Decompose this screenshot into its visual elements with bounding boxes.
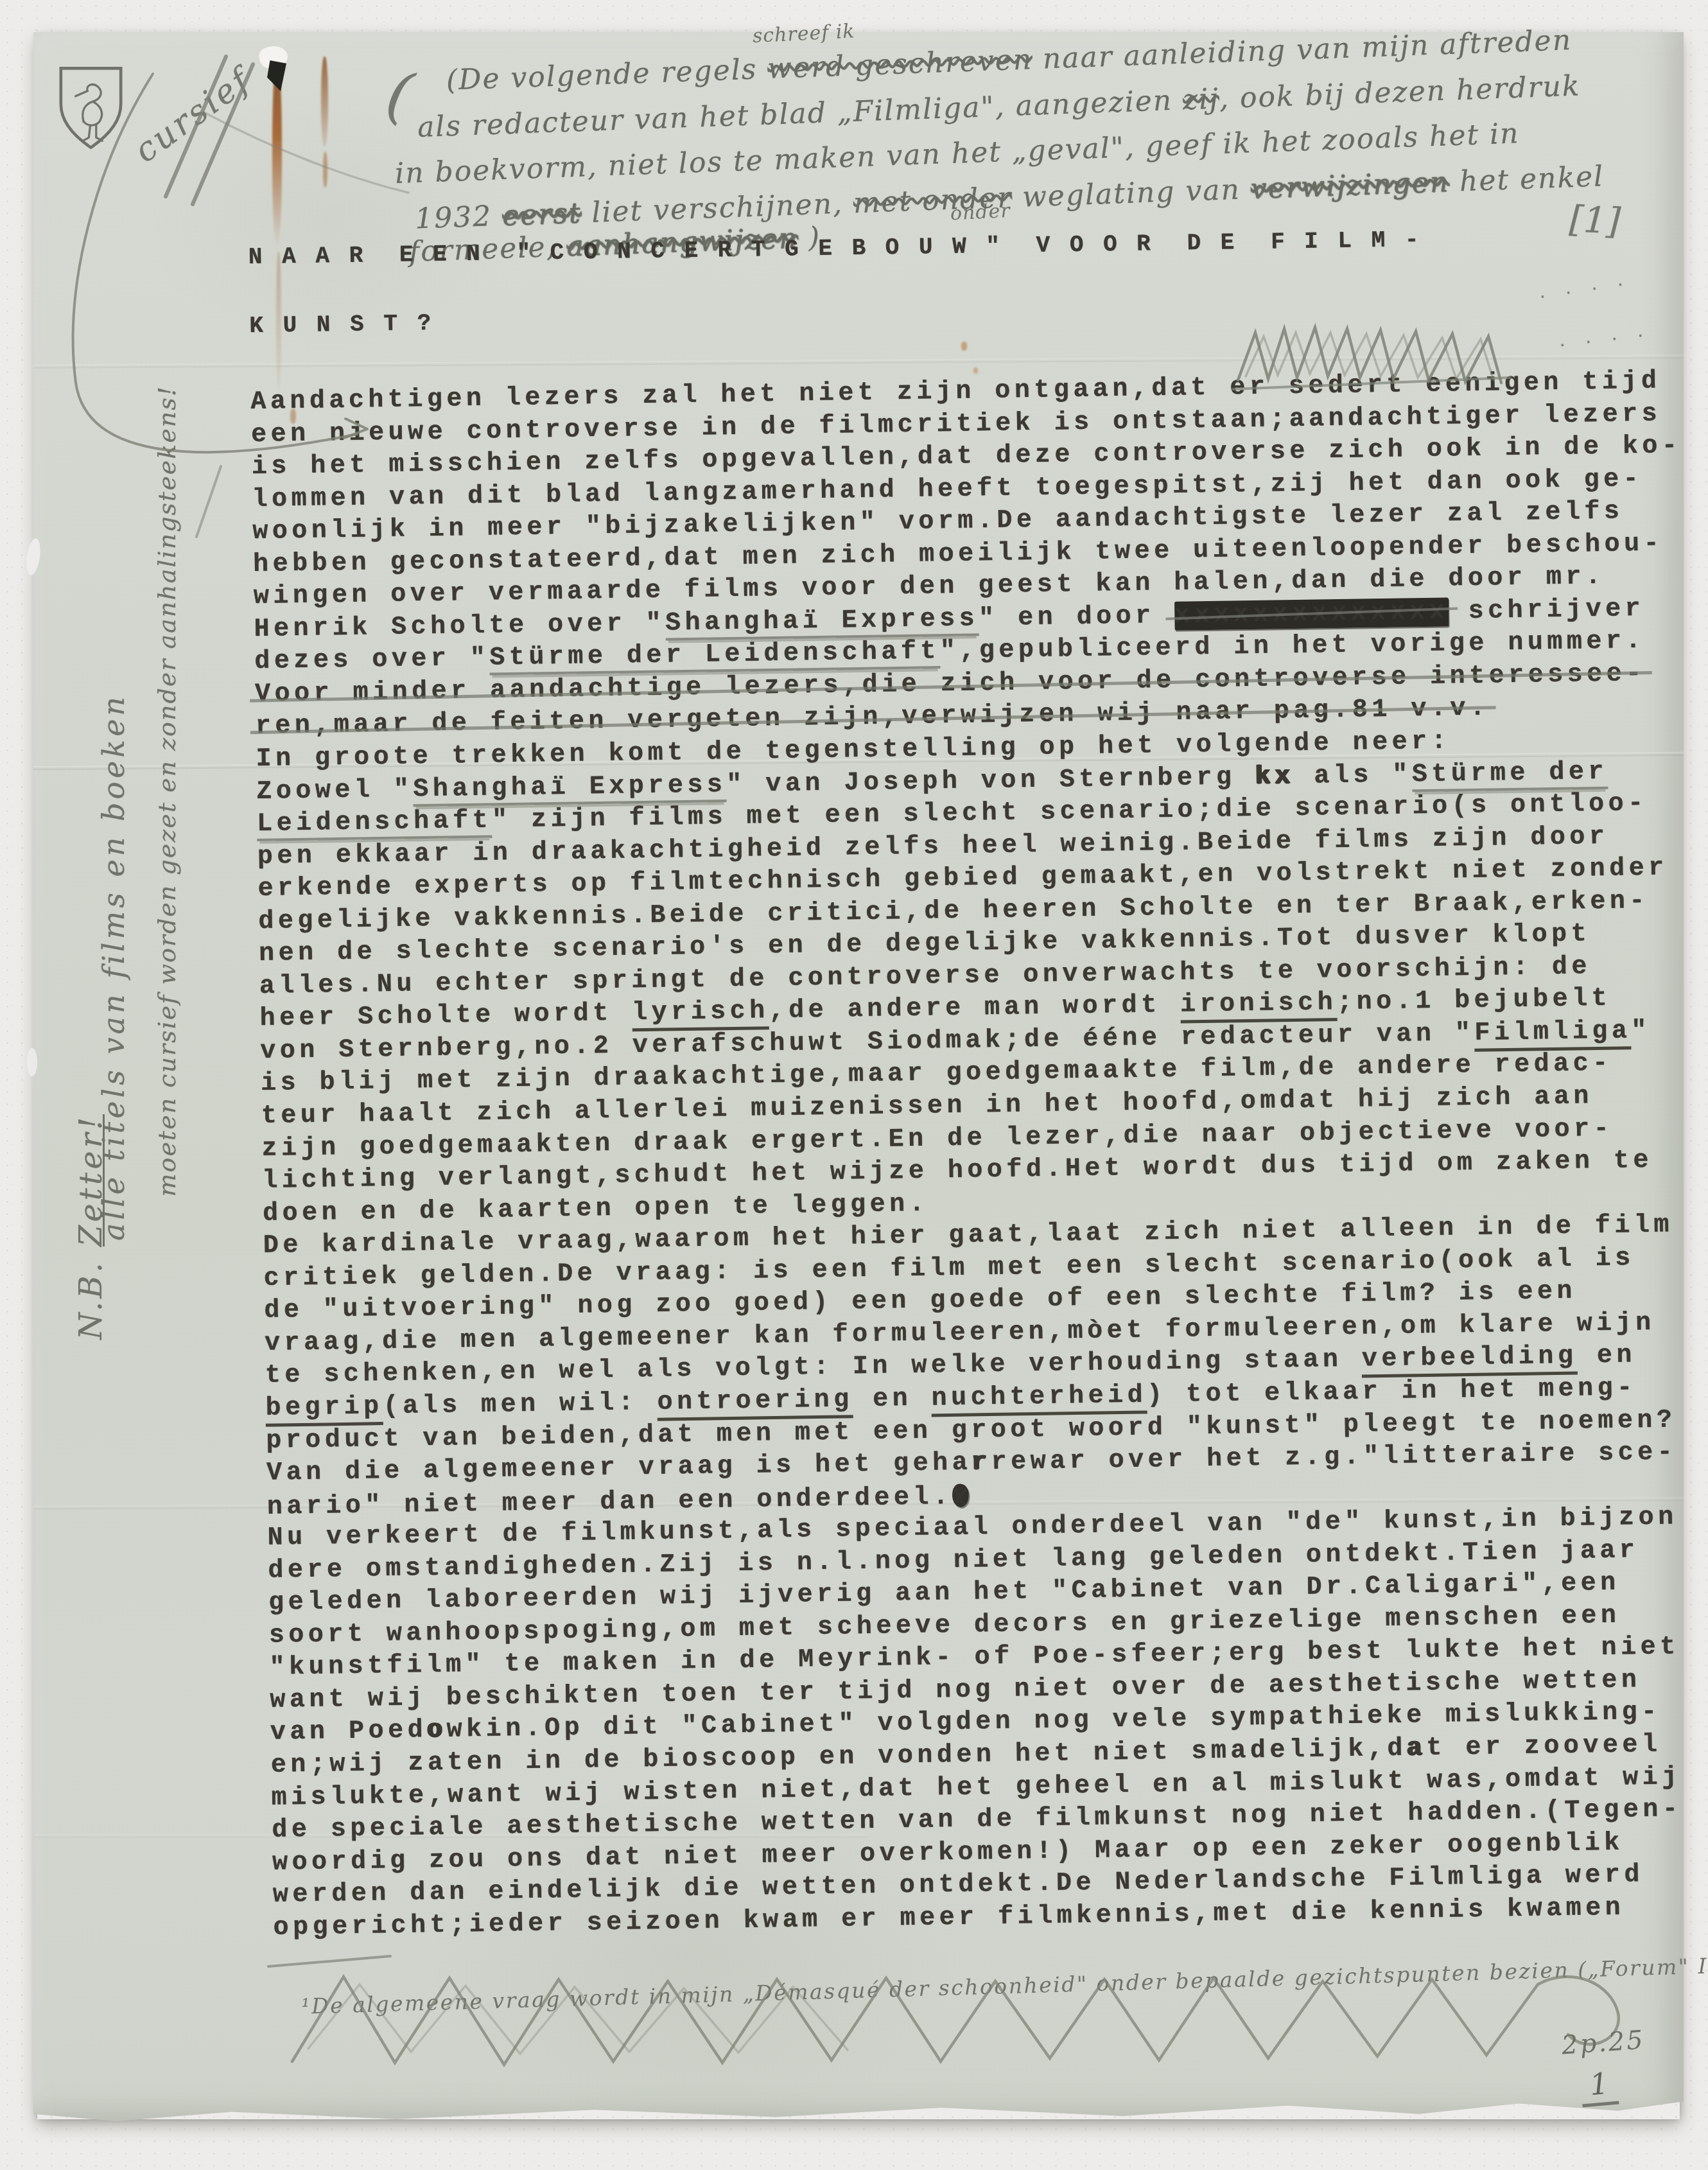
- pencil-dots: · · · ·: [1537, 270, 1632, 309]
- text-segment: Henrik Scholte over ": [254, 609, 665, 643]
- text-segment: het enkel: [1449, 160, 1605, 198]
- text-segment: dezes over ": [254, 644, 490, 676]
- text-segment: kx: [1255, 762, 1294, 792]
- text-segment: zij: [1182, 82, 1220, 116]
- margin-note-line2: alle titels van films en boeken: [96, 694, 131, 1241]
- text-segment: lyrisch: [632, 997, 769, 1032]
- text-segment: t er zooveel: [1426, 1731, 1662, 1763]
- text-segment: schrijver: [1449, 595, 1645, 627]
- text-segment: met onder: [853, 181, 1013, 220]
- text-segment: X: [950, 1483, 970, 1508]
- text-segment: als ": [1294, 760, 1412, 791]
- bottom-right-note: 2p.25: [1561, 2026, 1646, 2061]
- text-segment: ,de andere man wordt: [769, 991, 1180, 1026]
- text-segment: Zoowel ": [256, 775, 414, 807]
- text-segment: Shanghaï Express: [665, 604, 979, 640]
- text-segment: ) tot elkaar in het meng-: [1147, 1374, 1637, 1410]
- text-segment: , ook bij dezen herdruk: [1219, 69, 1581, 115]
- margin-note-line3: moeten cursief worden gezet en zonder aa…: [153, 385, 181, 1197]
- text-segment: en: [853, 1384, 932, 1414]
- text-segment: van Poed: [270, 1717, 428, 1748]
- page-number-bracket: [1]: [1569, 198, 1622, 243]
- page-content: schreef ik onder ( (De volgende regels w…: [0, 0, 1708, 2170]
- text-segment: ;no.1 bejubelt: [1337, 984, 1612, 1017]
- text-segment: verbeelding: [1361, 1342, 1577, 1378]
- text-segment: 1932: [414, 200, 503, 236]
- text-segment: Stürme der: [1411, 757, 1608, 792]
- text-segment: ¹De algemeene vraag wordt in mijn „Démas…: [301, 1952, 1708, 2018]
- text-segment: Filmliga: [1474, 1017, 1632, 1052]
- sheet-number: 1: [1579, 2065, 1619, 2108]
- handwritten-footnote: ¹De algemeene vraag wordt in mijn „Démas…: [301, 1952, 1708, 2018]
- text-segment: en: [1577, 1342, 1636, 1371]
- text-segment: Shanghaï Express: [413, 771, 727, 807]
- text-segment: ontroering: [657, 1385, 853, 1421]
- text-segment: nuchterheid: [931, 1381, 1147, 1417]
- text-segment: ironisch: [1180, 988, 1338, 1024]
- page-title-line2: K U N S T ?: [249, 310, 434, 339]
- text-segment: r: [972, 1448, 991, 1477]
- text-segment: verwijzingen: [1250, 166, 1450, 206]
- handwritten-top-note: (De volgende regels werd geschreven naar…: [0, 0, 1702, 4]
- text-segment: " van Joseph von Sternberg: [726, 762, 1255, 799]
- text-segment: (als men wil:: [383, 1388, 658, 1421]
- typed-body: Aandachtigen lezers zal het niet zijn on…: [250, 365, 1708, 1945]
- pencil-dots: · · · ·: [1557, 321, 1651, 357]
- text-segment: a: [1406, 1734, 1426, 1763]
- text-segment: ": [1631, 1017, 1651, 1046]
- text-segment: begrip: [265, 1392, 383, 1427]
- text-segment: " en door: [979, 602, 1175, 634]
- text-segment: o: [427, 1716, 447, 1745]
- handwritten-insert: schreef ik: [752, 20, 855, 48]
- scanned-page: schreef ik onder ( (De volgende regels w…: [0, 0, 1708, 2170]
- text-segment: (De volgende regels: [446, 53, 768, 97]
- text-segment: naar aanleiding van mijn aftreden: [1032, 24, 1573, 76]
- margin-note-nb-label: N.B.: [73, 1247, 109, 1340]
- text-segment: werd geschreven: [767, 43, 1033, 85]
- text-segment: heer Scholte wordt: [259, 999, 632, 1034]
- text-segment: eerst: [501, 197, 582, 232]
- paper-edge-dent: [27, 1048, 37, 1076]
- parenthesis-mark: (: [381, 58, 418, 133]
- text-segment: weglating van: [1011, 173, 1251, 214]
- text-segment: xxxxxxxxxxxxxx: [1174, 597, 1449, 630]
- text-segment: Leidenschaft: [257, 807, 492, 841]
